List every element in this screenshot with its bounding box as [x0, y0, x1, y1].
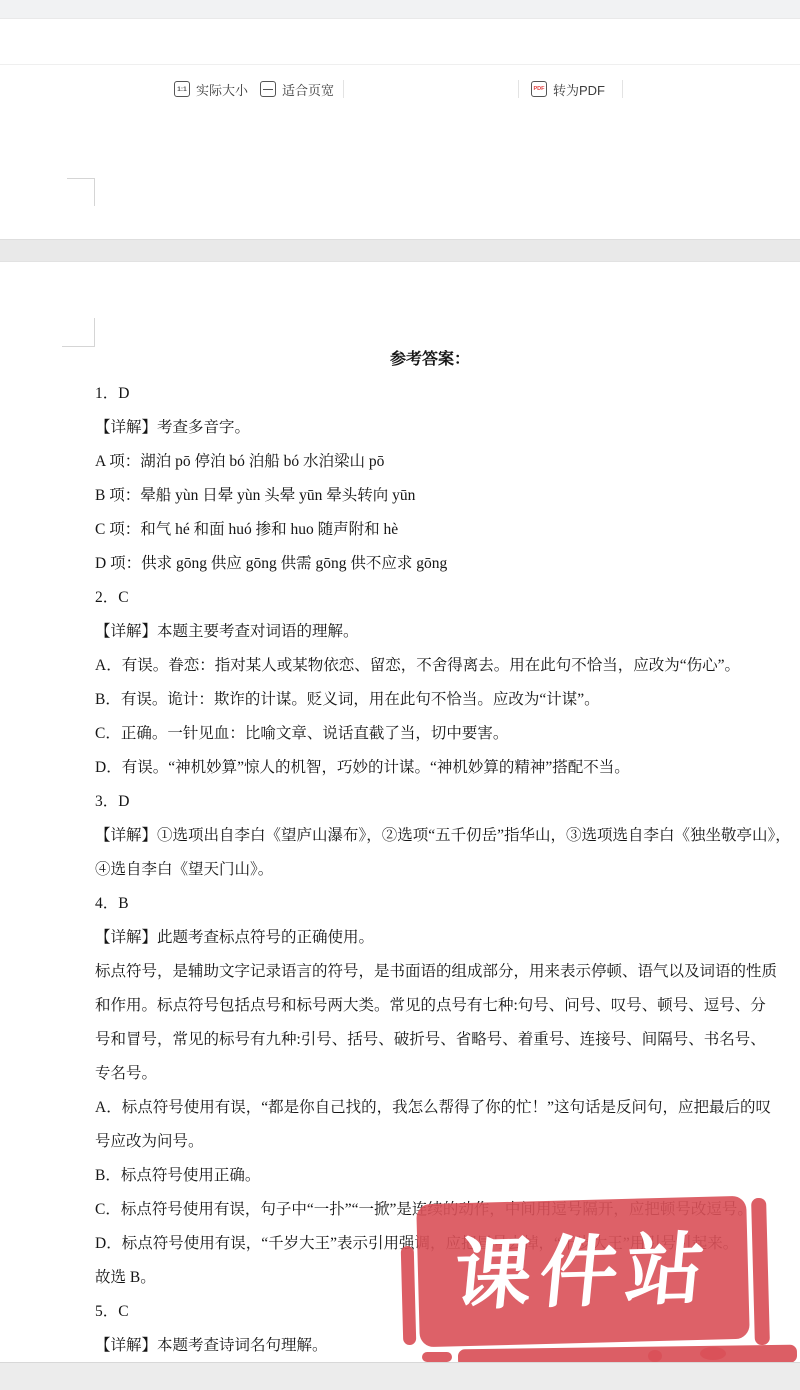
convert-to-pdf-button[interactable]: PDF 转为PDF: [531, 65, 605, 113]
doc-line: 专名号。: [95, 1057, 765, 1091]
pdf-viewer-window: 1:1 实际大小 适合页宽 5/12 PDF 转为PDF A +: [0, 0, 800, 1390]
one-to-one-glyph: 1:1: [177, 86, 186, 93]
page-gap-separator: [0, 239, 800, 262]
viewport-bottom-band: [0, 1362, 800, 1390]
doc-line: A 项：湖泊 pō 停泊 bó 泊船 bó 水泊梁山 pō: [95, 445, 765, 479]
doc-line: 标点符号，是辅助文字记录语言的符号，是书面语的组成部分，用来表示停顿、语气以及词…: [95, 955, 765, 989]
doc-line: 【详解】①选项出自李白《望庐山瀑布》，②选项“五千仞岳”指华山，③选项选自李白《…: [95, 819, 765, 853]
doc-line: B 项：晕船 yùn 日晕 yùn 头晕 yūn 晕头转向 yūn: [95, 479, 765, 513]
toolbar-empty-zone: [0, 19, 800, 63]
toolbar-separator: [343, 80, 344, 98]
pdf-badge-text: PDF: [534, 86, 545, 92]
toolbar-separator: [518, 80, 519, 98]
doc-line: 【详解】本题考查诗词名句理解。: [95, 1329, 765, 1363]
actual-size-label: 实际大小: [196, 80, 248, 99]
doc-line: C．正确。一针见血：比喻文章、说话直截了当，切中要害。: [95, 717, 765, 751]
doc-line: 5．C: [95, 1295, 765, 1329]
doc-line: 3．D: [95, 785, 765, 819]
doc-line: 2．C: [95, 581, 765, 615]
doc-line: ④选自李白《望天门山》。: [95, 853, 765, 887]
doc-line: 1．D: [95, 377, 765, 411]
doc-line: 【详解】考查多音字。: [95, 411, 765, 445]
margin-corner-mark: [67, 178, 95, 206]
fit-width-label: 适合页宽: [282, 80, 334, 99]
convert-to-pdf-label: 转为PDF: [553, 80, 605, 99]
doc-line: 号和冒号，常见的标号有九种:引号、括号、破折号、省略号、着重号、连接号、间隔号、…: [95, 1023, 765, 1057]
doc-line: D．标点符号使用有误，“千岁大王”表示引用强调，应把冒号去掉，“千岁大王”用引号…: [95, 1227, 765, 1261]
doc-line: C．标点符号使用有误，句子中“一扑”“一掀”是连续的动作，中间用逗号隔开，应把顿…: [95, 1193, 765, 1227]
margin-corner-mark: [62, 318, 95, 347]
doc-line: 故选 B。: [95, 1261, 765, 1295]
doc-line: 号应改为问号。: [95, 1125, 765, 1159]
doc-line: 和作用。标点符号包括点号和标号两大类。常见的点号有七种:句号、问号、叹号、顿号、…: [95, 989, 765, 1023]
doc-line: A．标点符号使用有误，“都是你自己找的，我怎么帮得了你的忙！”这句话是反问句，应…: [95, 1091, 765, 1125]
doc-line: D．有误。“神机妙算”惊人的机智，巧妙的计谋。“神机妙算的精神”搭配不当。: [95, 751, 765, 785]
doc-line: B．标点符号使用正确。: [95, 1159, 765, 1193]
actual-size-icon: 1:1: [174, 81, 190, 97]
actual-size-button[interactable]: 1:1 实际大小: [174, 65, 248, 113]
doc-line: 【详解】本题主要考查对词语的理解。: [95, 615, 765, 649]
fit-width-button[interactable]: 适合页宽: [260, 65, 334, 113]
document-text-column: 参考答案： 1．D【详解】考查多音字。A 项：湖泊 pō 停泊 bó 泊船 bó…: [95, 343, 765, 1363]
doc-line: 【详解】此题考查标点符号的正确使用。: [95, 921, 765, 955]
toolbar-separator: [622, 80, 623, 98]
window-top-strip: [0, 0, 800, 19]
doc-line: A．有误。眷恋：指对某人或某物依恋、留恋，不舍得离去。用在此句不恰当，应改为“伤…: [95, 649, 765, 683]
previous-page-bottom: [0, 113, 800, 239]
doc-line: D 项：供求 gōng 供应 gōng 供需 gōng 供不应求 gōng: [95, 547, 765, 581]
doc-line: B．有误。诡计：欺诈的计谋。贬义词，用在此句不恰当。应改为“计谋”。: [95, 683, 765, 717]
doc-line: 4．B: [95, 887, 765, 921]
document-title: 参考答案：: [95, 343, 765, 377]
doc-line: C 项：和气 hé 和面 huó 掺和 huo 随声附和 hè: [95, 513, 765, 547]
fit-width-icon: [260, 81, 276, 97]
pdf-file-icon: PDF: [531, 81, 547, 97]
viewer-toolbar: 1:1 实际大小 适合页宽 5/12 PDF 转为PDF A +: [0, 64, 800, 114]
